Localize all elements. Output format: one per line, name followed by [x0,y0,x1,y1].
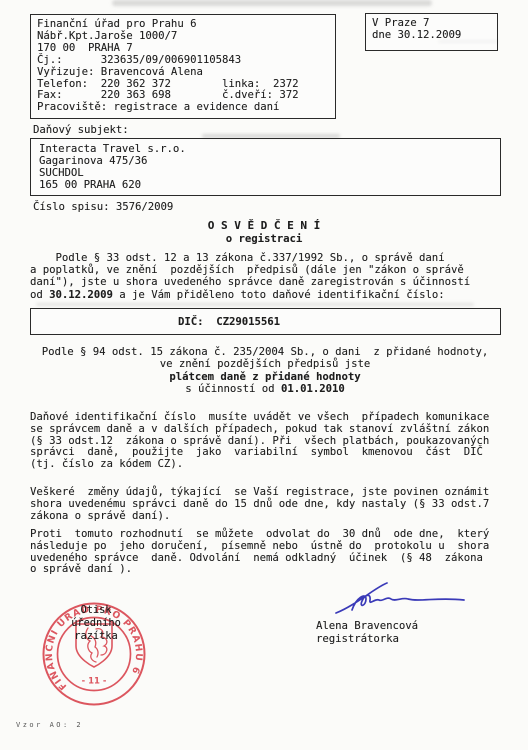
scan-artifact [36,303,474,306]
place-date-box: V Praze 7dne 30.12.2009 [365,13,498,51]
registration-paragraph: Podle § 33 odst. 12 a 13 zákona č.337/19… [30,252,504,301]
subject-label: Daňový subjekt: [33,124,129,136]
signature-scribble [330,579,470,617]
signatory-block: Alena Bravencová registrátorka [316,620,418,646]
vat-paragraph: Podle § 94 odst. 15 zákona č. 235/2004 S… [28,346,502,395]
stamp-overlay-label: Otiskúředníhorazítka [58,604,134,643]
body-paragraph-3: Proti tomuto rozhodnutí se můžete odvola… [30,529,506,576]
signatory-name: Alena Bravencová [316,620,418,633]
dic-value: DIČ: CZ29015561 [178,316,280,328]
subject-box: Interacta Travel s.r.o.Gagarinova 475/36… [30,138,501,196]
office-address-box: Finanční úřad pro Prahu 6Nábř.Kpt.Jaroše… [30,14,336,119]
body-paragraph-2: Veškeré změny údajů, týkající se Vaší re… [30,487,506,522]
file-number: Číslo spisu: 3576/2009 [33,201,173,213]
dic-box: DIČ: CZ29015561 [30,308,501,335]
signature-stroke [336,583,464,613]
scan-artifact [112,0,432,6]
body-paragraph-1: Daňové identifikační číslo musíte uvádět… [30,412,506,471]
certificate-subtitle: o registraci [0,233,528,245]
certificate-title: O S V Ě D Č E N Í [0,220,528,232]
stamp-number: - 11 - [82,677,107,687]
scanned-document-page: { "document": { "office_box": { "lines":… [0,0,528,750]
signatory-role: registrátorka [316,633,418,646]
form-code: Vzor AO: 2 [16,721,83,729]
